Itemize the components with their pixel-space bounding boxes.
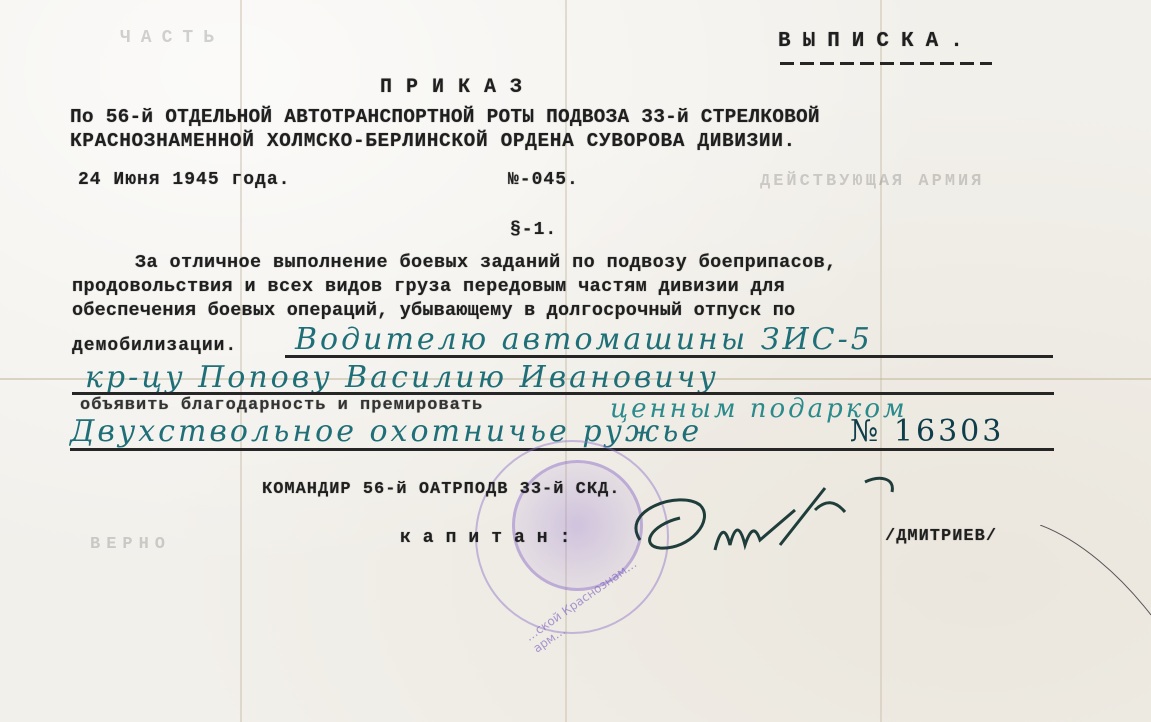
body-line-1: За отличное выполнение боевых заданий по… <box>135 252 837 273</box>
body-line-3: обеспечения боевых операций, убывающему … <box>72 300 795 321</box>
fold-line <box>880 0 882 722</box>
extract-underline <box>780 62 992 65</box>
rank-label: капитан: <box>400 528 582 548</box>
handwritten-recipient-name: кр-цу Попову Василию Ивановичу <box>85 360 719 395</box>
handwritten-recipient-role: Водителю автомашины ЗИС-5 <box>295 322 873 357</box>
unit-line-1: По 56-й ОТДЕЛЬНОЙ АВТОТРАНСПОРТНОЙ РОТЫ … <box>70 106 820 128</box>
unit-line-2: КРАСНОЗНАМЕННОЙ ХОЛМСКО-БЕРЛИНСКОЙ ОРДЕН… <box>70 130 796 152</box>
handwritten-signature <box>620 470 920 570</box>
ghost-header-left: ЧАСТЬ <box>120 28 224 48</box>
handwritten-award-item: Двухствольное охотничье ружье <box>70 414 702 449</box>
section-mark: §-1. <box>510 220 557 240</box>
order-title: ПРИКАЗ <box>380 76 536 99</box>
paper-tear-line <box>1040 525 1151 625</box>
body-line-2: продовольствия и всех видов груза передо… <box>72 276 785 297</box>
handwritten-serial-number: № 16303 <box>850 414 1004 449</box>
extract-label: ВЫПИСКА. <box>778 30 975 53</box>
ghost-text-bottom-left: ВЕРНО <box>90 535 171 554</box>
signatory-name: /ДМИТРИЕВ/ <box>885 527 997 546</box>
document-page: ЧАСТЬ ВЫПИСКА. ПРИКАЗ По 56-й ОТДЕЛЬНОЙ … <box>0 0 1151 722</box>
ghost-text-right: ДЕЙСТВУЮЩАЯ АРМИЯ <box>760 172 984 191</box>
body-line-4-typed: демобилизации. <box>72 336 237 356</box>
commander-line: КОМАНДИР 56-й ОАТРПОДВ 33-й СКД. <box>262 480 620 499</box>
fill-in-line <box>285 355 1053 358</box>
order-number: №-045. <box>508 170 579 190</box>
typed-award-line: объявить благодарность и премировать <box>80 396 483 415</box>
order-date: 24 Июня 1945 года. <box>78 170 290 190</box>
